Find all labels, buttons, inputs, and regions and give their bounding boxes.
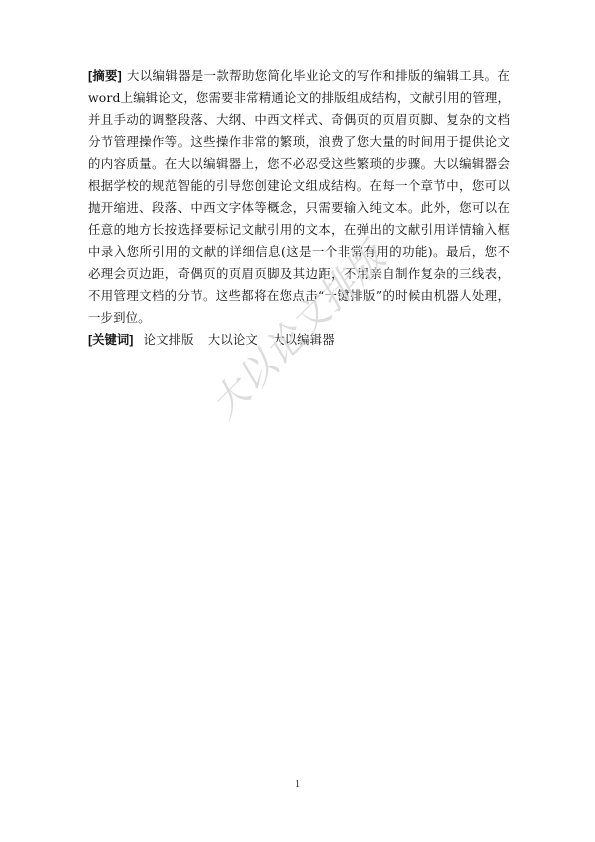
keywords-section: [关键词] 论文排版 大以论文 大以编辑器 — [88, 329, 510, 351]
abstract-paragraph: [摘要]大以编辑器是一款帮助您简化毕业论文的写作和排版的编辑工具。在word上编… — [88, 65, 510, 329]
page-content: [摘要]大以编辑器是一款帮助您简化毕业论文的写作和排版的编辑工具。在word上编… — [88, 65, 510, 351]
abstract-text: 大以编辑器是一款帮助您简化毕业论文的写作和排版的编辑工具。在word上编辑论文，… — [88, 68, 510, 325]
keywords-label: [关键词] — [88, 333, 133, 347]
page-number: 1 — [0, 779, 595, 790]
abstract-label: [摘要] — [88, 69, 122, 83]
abstract-section: [摘要]大以编辑器是一款帮助您简化毕业论文的写作和排版的编辑工具。在word上编… — [88, 65, 510, 329]
keyword-item: 大以论文 — [208, 332, 258, 347]
keyword-item: 大以编辑器 — [272, 332, 335, 347]
keyword-item: 论文排版 — [144, 332, 194, 347]
document-page: [摘要]大以编辑器是一款帮助您简化毕业论文的写作和排版的编辑工具。在word上编… — [0, 0, 595, 842]
